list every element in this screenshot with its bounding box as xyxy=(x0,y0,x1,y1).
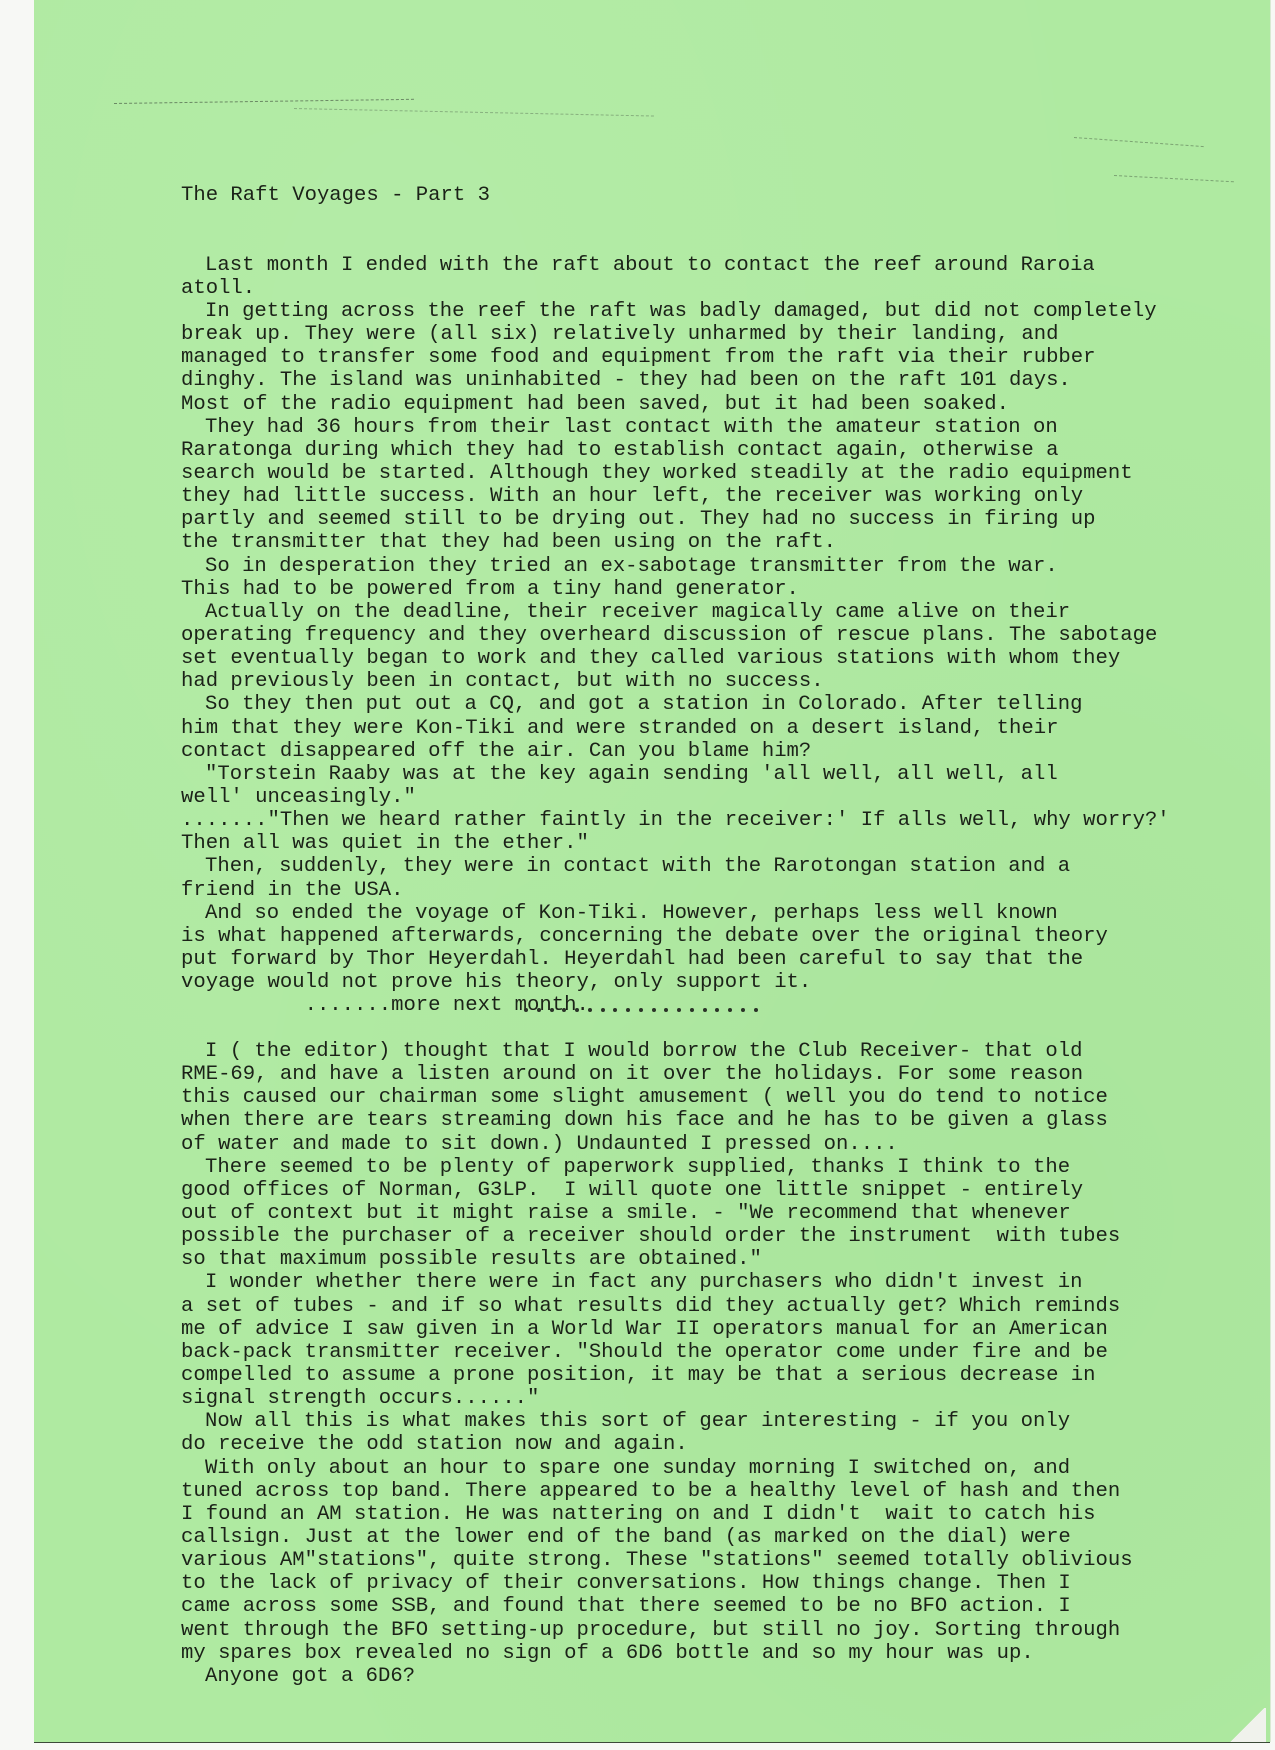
text-line: "Torstein Raaby was at the key again sen… xyxy=(181,763,1261,786)
divider-dot xyxy=(715,1008,719,1012)
text-line: voyage would not prove his theory, only … xyxy=(181,971,1261,994)
text-line: search would be started. Although they w… xyxy=(181,462,1261,485)
text-line: a set of tubes - and if so what results … xyxy=(181,1295,1261,1318)
text-line: break up. They were (all six) relatively… xyxy=(181,323,1261,346)
text-line: put forward by Thor Heyerdahl. Heyerdahl… xyxy=(181,948,1261,971)
text-line: Then all was quiet in the ether." xyxy=(181,832,1261,855)
divider-dot xyxy=(613,1008,617,1012)
text-line: of water and made to sit down.) Undaunte… xyxy=(181,1133,1261,1156)
text-line: possible the purchaser of a receiver sho… xyxy=(181,1225,1261,1248)
text-line: atoll. xyxy=(181,277,1261,300)
text-line: well' unceasingly." xyxy=(181,786,1261,809)
text-line: this caused our chairman some slight amu… xyxy=(181,1086,1261,1109)
text-line: me of advice I saw given in a World War … xyxy=(181,1318,1261,1341)
text-line: And so ended the voyage of Kon-Tiki. How… xyxy=(181,902,1261,925)
text-line: I found an AM station. He was nattering … xyxy=(181,1503,1261,1526)
divider-dot xyxy=(562,1008,566,1012)
text-line: So they then put out a CQ, and got a sta… xyxy=(181,693,1261,716)
divider-dot xyxy=(524,1008,528,1012)
text-line: him that they were Kon-Tiki and were str… xyxy=(181,717,1261,740)
divider-dot xyxy=(664,1008,668,1012)
divider-dot xyxy=(601,1008,605,1012)
text-line: managed to transfer some food and equipm… xyxy=(181,346,1261,369)
divider-dot xyxy=(677,1008,681,1012)
text-line: They had 36 hours from their last contac… xyxy=(181,416,1261,439)
text-line: Most of the radio equipment had been sav… xyxy=(181,393,1261,416)
text-line: ......."Then we heard rather faintly in … xyxy=(181,809,1261,832)
paper-crease-mark xyxy=(294,108,654,117)
text-line: callsign. Just at the lower end of the b… xyxy=(181,1526,1261,1549)
text-line: so that maximum possible results are obt… xyxy=(181,1248,1261,1271)
text-line: operating frequency and they overheard d… xyxy=(181,624,1261,647)
divider-dot xyxy=(754,1008,758,1012)
text-line: I ( the editor) thought that I would bor… xyxy=(181,1040,1261,1063)
divider-dot xyxy=(588,1008,592,1012)
section-raft-voyages: Last month I ended with the raft about t… xyxy=(181,254,1261,1018)
text-line: partly and seemed still to be drying out… xyxy=(181,508,1261,531)
article-title: The Raft Voyages - Part 3 xyxy=(181,184,1261,207)
text-line: This had to be powered from a tiny hand … xyxy=(181,578,1261,601)
text-line: set eventually began to work and they ca… xyxy=(181,647,1261,670)
text-line: to the lack of privacy of their conversa… xyxy=(181,1572,1261,1595)
text-line: they had little success. With an hour le… xyxy=(181,485,1261,508)
text-line: There seemed to be plenty of paperwork s… xyxy=(181,1156,1261,1179)
text-line: friend in the USA. xyxy=(181,879,1261,902)
text-line: RME-69, and have a listen around on it o… xyxy=(181,1063,1261,1086)
text-line: came across some SSB, and found that the… xyxy=(181,1595,1261,1618)
text-line: Now all this is what makes this sort of … xyxy=(181,1410,1261,1433)
text-line: compelled to assume a prone position, it… xyxy=(181,1364,1261,1387)
text-line: Raratonga during which they had to estab… xyxy=(181,439,1261,462)
text-line: dinghy. The island was uninhabited - the… xyxy=(181,369,1261,392)
article-body: The Raft Voyages - Part 3 Last month I e… xyxy=(181,138,1261,1041)
text-line: my spares box revealed no sign of a 6D6 … xyxy=(181,1642,1261,1665)
divider-dot xyxy=(690,1008,694,1012)
divider-dot xyxy=(550,1008,554,1012)
text-line: the transmitter that they had been using… xyxy=(181,531,1261,554)
text-line: Then, suddenly, they were in contact wit… xyxy=(181,855,1261,878)
divider-dot xyxy=(728,1008,732,1012)
text-line: good offices of Norman, G3LP. I will quo… xyxy=(181,1179,1261,1202)
folded-corner xyxy=(1228,1708,1266,1742)
section-editor-receiver: I ( the editor) thought that I would bor… xyxy=(181,1040,1261,1688)
divider-dot xyxy=(639,1008,643,1012)
text-line: Anyone got a 6D6? xyxy=(181,1665,1261,1688)
text-line: had previously been in contact, but with… xyxy=(181,670,1261,693)
divider-dot xyxy=(741,1008,745,1012)
text-line: Actually on the deadline, their receiver… xyxy=(181,601,1261,624)
text-line: signal strength occurs......" xyxy=(181,1387,1261,1410)
text-line: is what happened afterwards, concerning … xyxy=(181,925,1261,948)
text-line: out of context but it might raise a smil… xyxy=(181,1202,1261,1225)
paper-crease-mark xyxy=(114,99,414,104)
text-line: I wonder whether there were in fact any … xyxy=(181,1271,1261,1294)
text-line: tuned across top band. There appeared to… xyxy=(181,1480,1261,1503)
text-line: Last month I ended with the raft about t… xyxy=(181,254,1261,277)
text-line: went through the BFO setting-up procedur… xyxy=(181,1619,1261,1642)
divider-dot xyxy=(575,1008,579,1012)
divider-dot xyxy=(626,1008,630,1012)
text-line: when there are tears streaming down his … xyxy=(181,1109,1261,1132)
divider-dot xyxy=(652,1008,656,1012)
text-line: With only about an hour to spare one sun… xyxy=(181,1457,1261,1480)
text-line: In getting across the reef the raft was … xyxy=(181,300,1261,323)
divider-dot xyxy=(537,1008,541,1012)
text-line: contact disappeared off the air. Can you… xyxy=(181,740,1261,763)
section-divider-dots xyxy=(524,1006,758,1014)
text-line: So in desperation they tried an ex-sabot… xyxy=(181,555,1261,578)
text-line: various AM"stations", quite strong. Thes… xyxy=(181,1549,1261,1572)
divider-dot xyxy=(703,1008,707,1012)
text-line: do receive the odd station now and again… xyxy=(181,1433,1261,1456)
text-line: back-pack transmitter receiver. "Should … xyxy=(181,1341,1261,1364)
